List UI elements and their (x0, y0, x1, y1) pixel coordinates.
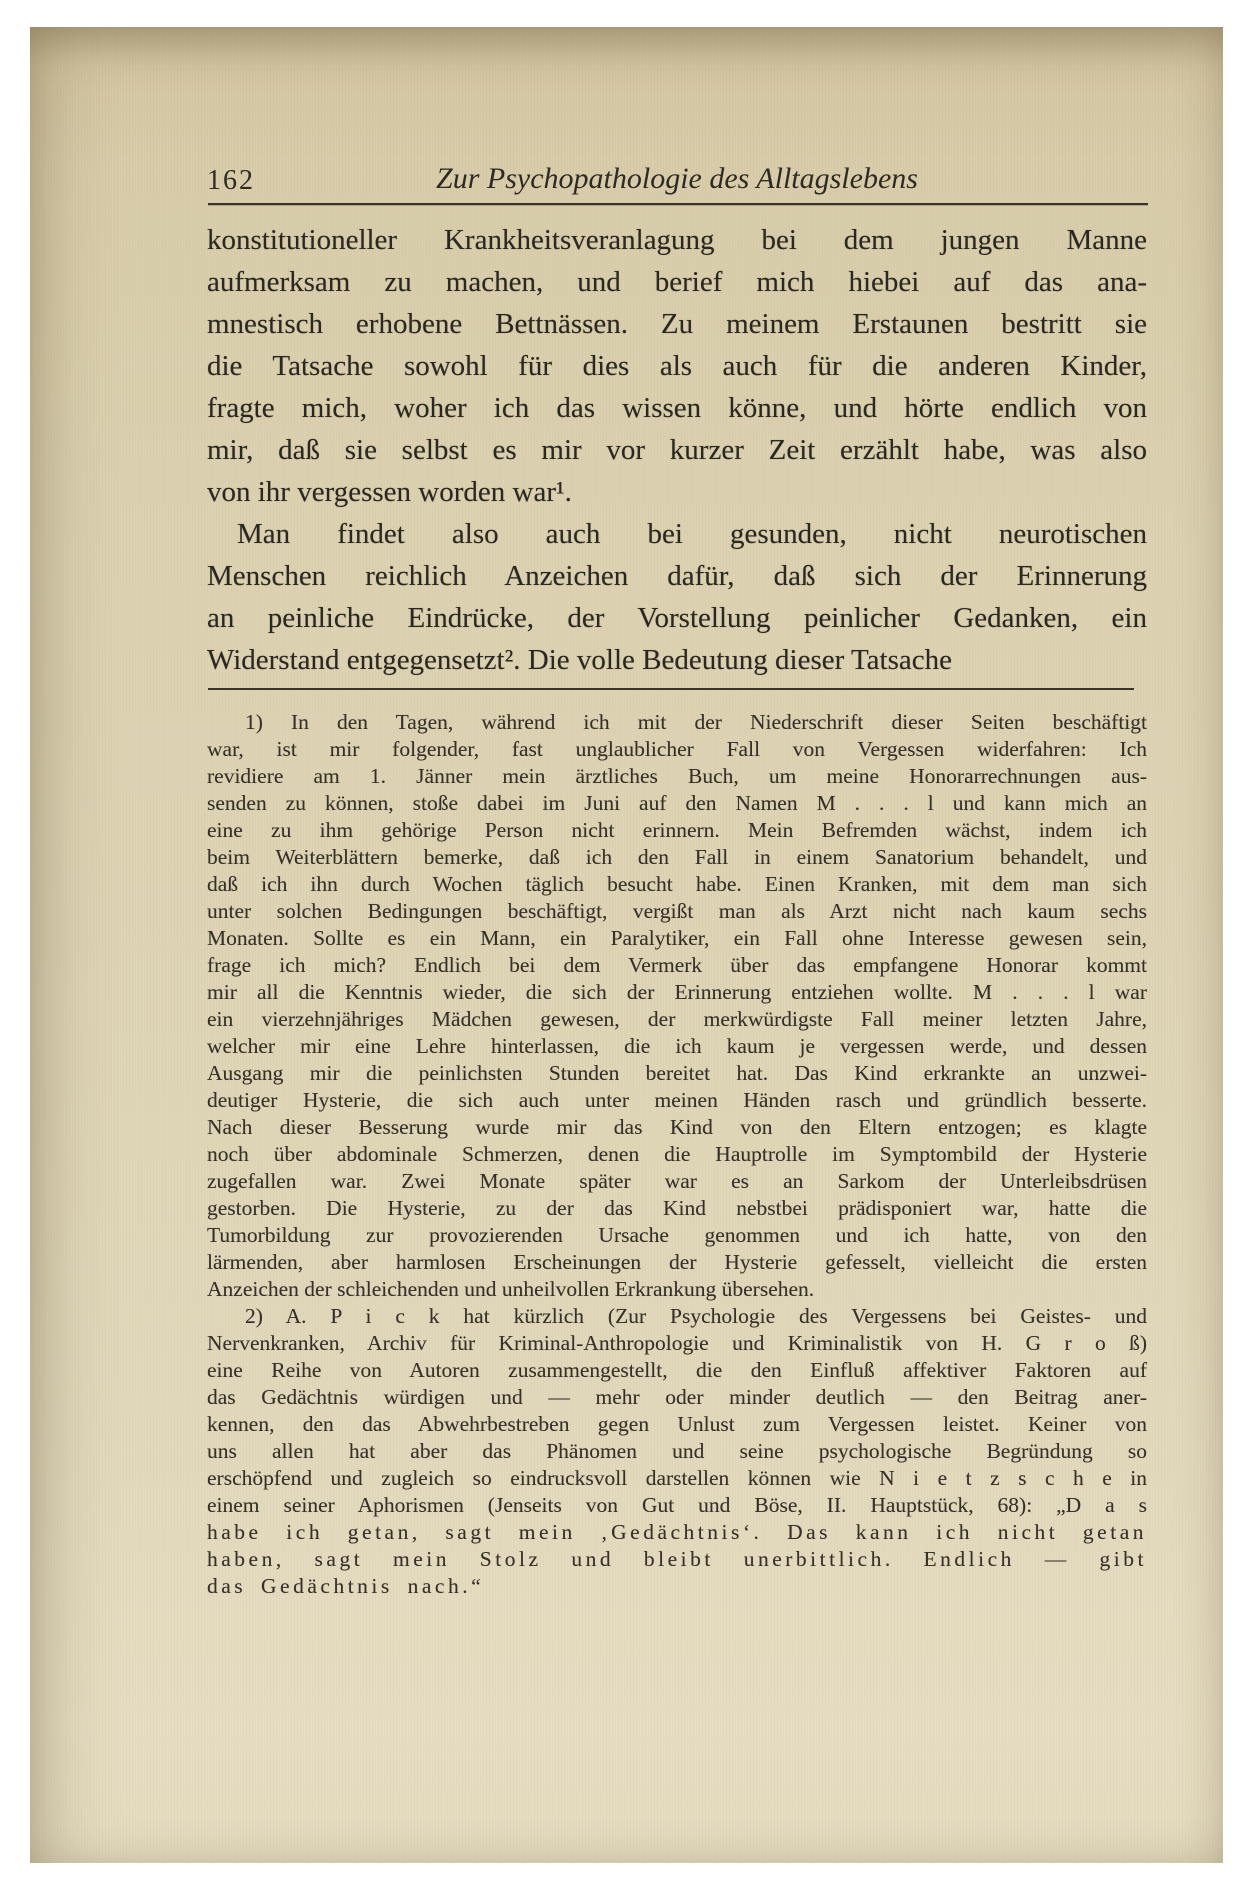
body-line: Widerstand entgegensetzt². Die volle Bed… (207, 639, 1147, 681)
footnote-line: erschöpfend und zugleich so eindrucksvol… (207, 1465, 1147, 1492)
footnote-line: haben, sagt mein Stolz und bleibt unerbi… (207, 1546, 1147, 1573)
footnote-line: frage ich mich? Endlich bei dem Vermerk … (207, 952, 1147, 979)
body-line: mir, daß sie selbst es mir vor kurzer Ze… (207, 429, 1147, 471)
footnote-line: deutiger Hysterie, die sich auch unter m… (207, 1087, 1147, 1114)
footnote-line: kennen, den das Abwehrbestreben gegen Un… (207, 1411, 1147, 1438)
footnote-line: beim Weiterblättern bemerke, daß ich den… (207, 844, 1147, 871)
footnote-line: Nach dieser Besserung wurde mir das Kind… (207, 1114, 1147, 1141)
footnote-separator-rule (208, 688, 1134, 690)
footnote-line: uns allen hat aber das Phänomen und sein… (207, 1438, 1147, 1465)
footnote-line: mir all die Kenntnis wieder, die sich de… (207, 979, 1147, 1006)
footnote-line: revidiere am 1. Jänner mein ärztliches B… (207, 763, 1147, 790)
footnote-line: daß ich ihn durch Wochen täglich besucht… (207, 871, 1147, 898)
running-title: Zur Psychopathologie des Alltagslebens (207, 162, 1147, 196)
footnote-line: war, ist mir folgender, fast unglaublich… (207, 736, 1147, 763)
footnotes-text: 1) In den Tagen, während ich mit der Nie… (207, 709, 1147, 1600)
body-line: fragte mich, woher ich das wissen könne,… (207, 387, 1147, 429)
body-line: Man findet also auch bei gesunden, nicht… (207, 513, 1147, 555)
footnote-line: eine zu ihm gehörige Person nicht erinne… (207, 817, 1147, 844)
footnote-line: das Gedächtnis nach.“ (207, 1573, 1147, 1600)
footnote-line: Nervenkranken, Archiv für Kriminal-Anthr… (207, 1330, 1147, 1357)
body-line: von ihr vergessen worden war¹. (207, 471, 1147, 513)
body-line: konstitutioneller Krankheitsveranlagung … (207, 219, 1147, 261)
footnote-line: gestorben. Die Hysterie, zu der das Kind… (207, 1195, 1147, 1222)
header-rule (208, 203, 1148, 205)
footnote-line: Tumorbildung zur provozierenden Ursache … (207, 1222, 1147, 1249)
footnote-line: lärmenden, aber harmlosen Erscheinungen … (207, 1249, 1147, 1276)
footnote-line: 1) In den Tagen, während ich mit der Nie… (207, 709, 1147, 736)
body-line: mnestisch erhobene Bettnässen. Zu meinem… (207, 303, 1147, 345)
footnote-line: das Gedächtnis würdigen und — mehr oder … (207, 1384, 1147, 1411)
footnote-line: unter solchen Bedingungen beschäftigt, v… (207, 898, 1147, 925)
body-line: Menschen reichlich Anzeichen dafür, daß … (207, 555, 1147, 597)
footnote-line: 2) A. P i c k hat kürzlich (Zur Psycholo… (207, 1303, 1147, 1330)
footnote-line: habe ich getan, sagt mein ‚Gedächtnis‘. … (207, 1519, 1147, 1546)
body-line: aufmerksam zu machen, und berief mich hi… (207, 261, 1147, 303)
footnote-line: Ausgang mir die peinlichsten Stunden ber… (207, 1060, 1147, 1087)
footnote-line: senden zu können, stoße dabei im Juni au… (207, 790, 1147, 817)
paper-sheet: 162 Zur Psychopathologie des Alltagslebe… (30, 27, 1223, 1863)
footnote-line: Monaten. Sollte es ein Mann, ein Paralyt… (207, 925, 1147, 952)
body-line: an peinliche Eindrücke, der Vorstellung … (207, 597, 1147, 639)
body-line: die Tatsache sowohl für dies als auch fü… (207, 345, 1147, 387)
footnote-line: zugefallen war. Zwei Monate später war e… (207, 1168, 1147, 1195)
scanned-book-page: 162 Zur Psychopathologie des Alltagslebe… (0, 0, 1249, 1899)
footnote-line: noch über abdominale Schmerzen, denen di… (207, 1141, 1147, 1168)
footnote-line: ein vierzehnjähriges Mädchen gewesen, de… (207, 1006, 1147, 1033)
footnote-line: Anzeichen der schleichenden und unheilvo… (207, 1276, 1147, 1303)
footnote-line: welcher mir eine Lehre hinterlassen, die… (207, 1033, 1147, 1060)
body-text: konstitutioneller Krankheitsveranlagung … (207, 219, 1147, 681)
footnote-line: eine Reihe von Autoren zusammengestellt,… (207, 1357, 1147, 1384)
footnote-line: einem seiner Aphorismen (Jenseits von Gu… (207, 1492, 1147, 1519)
